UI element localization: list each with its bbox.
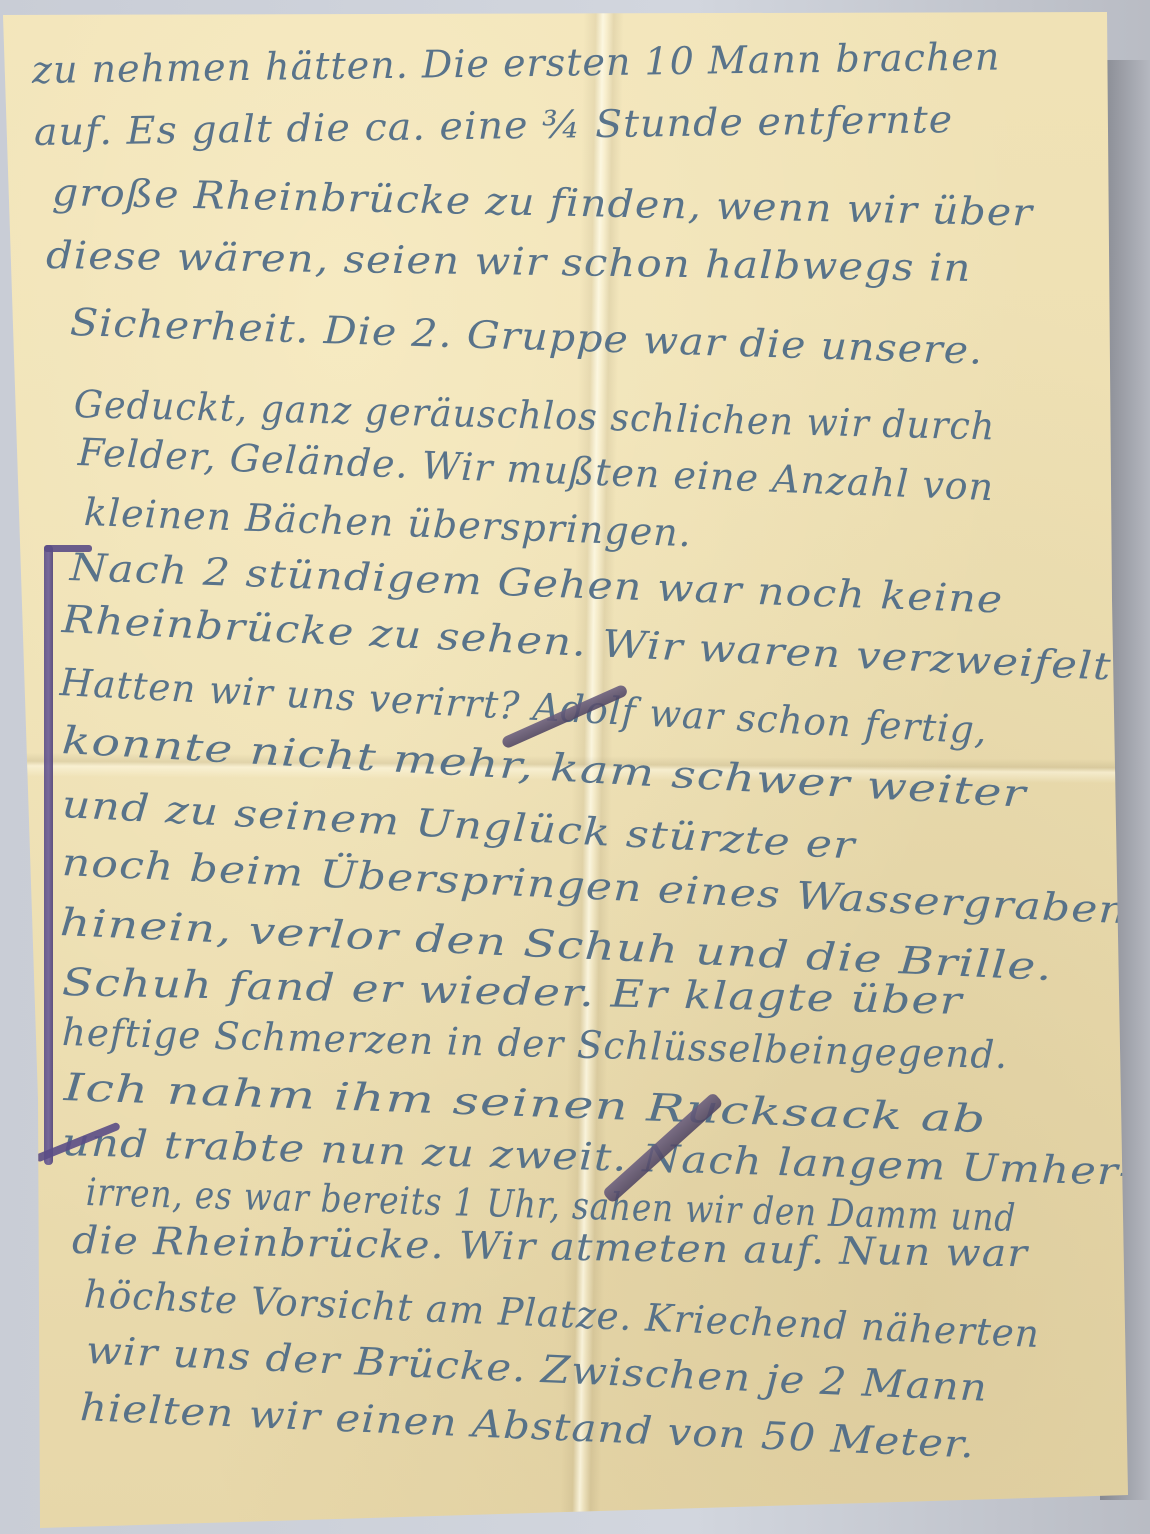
margin-bracket-vertical (44, 545, 53, 1165)
text-line: diese wären, seien wir schon halbwegs in (46, 233, 972, 290)
text-line: kleinen Bächen überspringen. (83, 490, 692, 555)
handwritten-text: zu nehmen hätten. Die ersten 10 Mann bra… (0, 0, 1150, 1534)
letter-page: zu nehmen hätten. Die ersten 10 Mann bra… (0, 0, 1150, 1534)
margin-bracket-top (44, 545, 92, 552)
text-line: Sicherheit. Die 2. Gruppe war die unsere… (69, 300, 984, 373)
text-line: zu nehmen hätten. Die ersten 10 Mann bra… (32, 34, 1001, 92)
text-line: große Rheinbrücke zu finden, wenn wir üb… (52, 170, 1034, 235)
text-line: auf. Es galt die ca. eine ¾ Stunde entfe… (34, 97, 954, 154)
